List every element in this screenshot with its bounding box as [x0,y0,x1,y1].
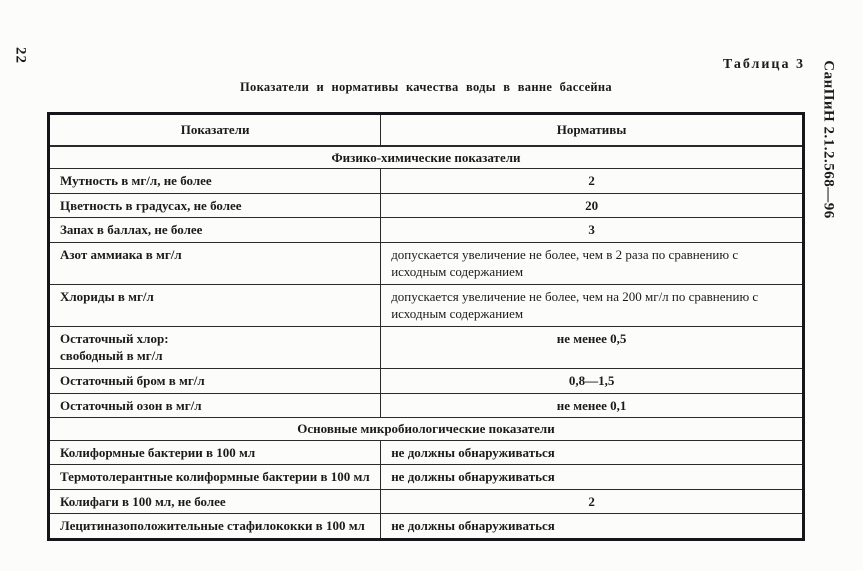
table-row: Азот аммиака в мг/л допускается увеличен… [49,242,804,284]
indicator-cell: Остаточный озон в мг/л [49,393,381,418]
indicator-cell: Азот аммиака в мг/л [49,242,381,284]
norm-cell: не менее 0,1 [381,393,804,418]
table-row: Мутность в мг/л, не более 2 [49,169,804,194]
section-title-physchem: Физико-химические показатели [49,146,804,169]
norm-cell: 2 [381,489,804,514]
norm-cell: 3 [381,218,804,243]
indicator-cell: Остаточный хлор: свободный в мг/л [49,326,381,368]
table-row: Остаточный озон в мг/л не менее 0,1 [49,393,804,418]
indicator-cell: Колиформные бактерии в 100 мл [49,440,381,465]
table-header-row: Показатели Нормативы [49,114,804,146]
norm-cell: не менее 0,5 [381,326,804,368]
indicator-cell: Хлориды в мг/л [49,284,381,326]
water-quality-table-container: Показатели Нормативы Физико-химические п… [47,112,805,541]
indicator-cell: Лецитиназоположительные стафилококки в 1… [49,514,381,540]
section-row-microbio: Основные микробиологические показатели [49,418,804,441]
norm-cell: 20 [381,193,804,218]
table-row: Цветность в градусах, не более 20 [49,193,804,218]
norm-cell: 2 [381,169,804,194]
indicator-cell: Запах в баллах, не более [49,218,381,243]
indicator-cell: Остаточный бром в мг/л [49,369,381,394]
indicator-cell: Термотолерантные колиформные бактерии в … [49,465,381,490]
table-row: Запах в баллах, не более 3 [49,218,804,243]
page-number: 22 [12,40,29,72]
section-row-physchem: Физико-химические показатели [49,146,804,169]
doc-title: Показатели и нормативы качества воды в в… [47,80,805,95]
table-row: Хлориды в мг/л допускается увеличение не… [49,284,804,326]
col-header-norms: Нормативы [381,114,804,146]
norm-cell: не должны обнаруживаться [381,465,804,490]
norm-cell: не должны обнаруживаться [381,440,804,465]
section-title-microbio: Основные микробиологические показатели [49,418,804,441]
doc-code-sidebar: СанПиН 2.1.2.568—96 [820,44,837,236]
norm-cell: допускается увеличение не более, чем в 2… [381,242,804,284]
table-row: Термотолерантные колиформные бактерии в … [49,465,804,490]
water-quality-table: Показатели Нормативы Физико-химические п… [47,112,805,541]
indicator-cell: Цветность в градусах, не более [49,193,381,218]
scanned-document-page: { "page": { "page_number": "22", "doc_co… [0,0,863,571]
indicator-cell: Мутность в мг/л, не более [49,169,381,194]
col-header-indicators: Показатели [49,114,381,146]
norm-cell: не должны обнаруживаться [381,514,804,540]
norm-cell: 0,8—1,5 [381,369,804,394]
norm-cell: допускается увеличение не более, чем на … [381,284,804,326]
table-row: Остаточный бром в мг/л 0,8—1,5 [49,369,804,394]
table-row: Колиформные бактерии в 100 мл не должны … [49,440,804,465]
table-row: Лецитиназоположительные стафилококки в 1… [49,514,804,540]
indicator-cell: Колифаги в 100 мл, не более [49,489,381,514]
table-caption: Таблица 3 [47,57,805,73]
table-row: Остаточный хлор: свободный в мг/л не мен… [49,326,804,368]
table-row: Колифаги в 100 мл, не более 2 [49,489,804,514]
